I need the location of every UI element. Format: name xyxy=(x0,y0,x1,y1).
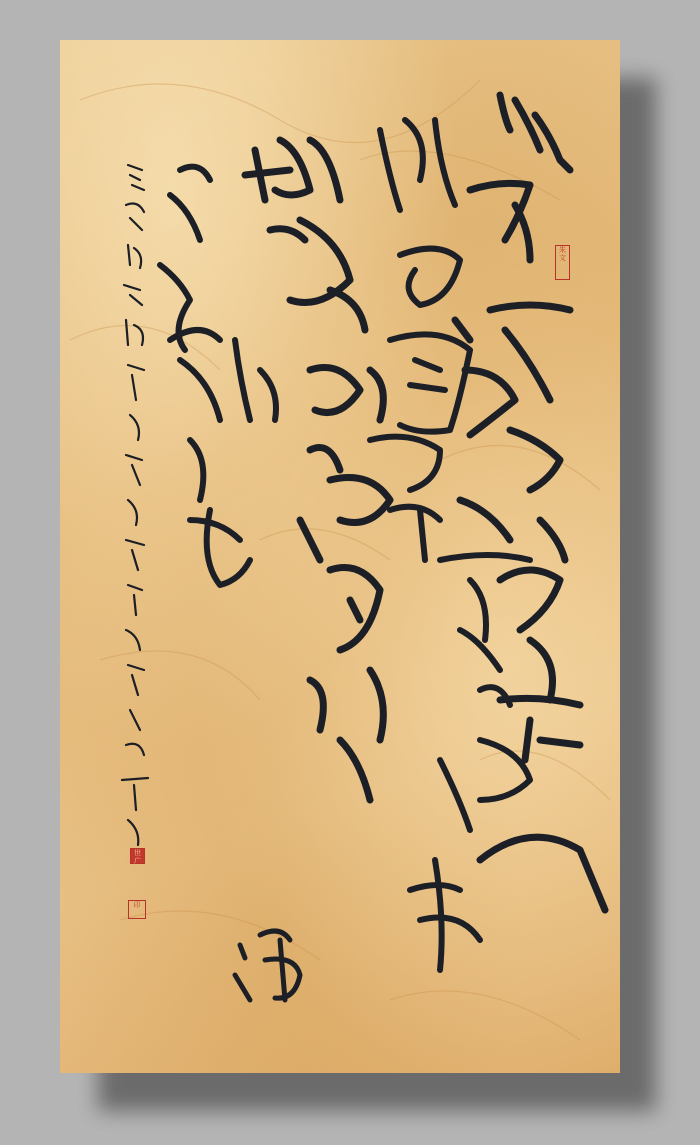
calligraphy-paper: 朱文 世广 印 麦启胜诗海南东方黎族亭子山庄风雨得句 世广敬书 xyxy=(60,40,620,1073)
column-1 xyxy=(455,95,605,910)
inscription-strokes xyxy=(122,165,148,845)
seal-bottom-left-upper: 世广 xyxy=(130,848,145,864)
seal-top-right: 朱文 xyxy=(555,245,570,280)
column-3 xyxy=(245,140,390,800)
column-5 xyxy=(235,931,300,1000)
column-4 xyxy=(160,167,276,585)
seal-bottom-left-lower: 印 xyxy=(128,900,146,919)
